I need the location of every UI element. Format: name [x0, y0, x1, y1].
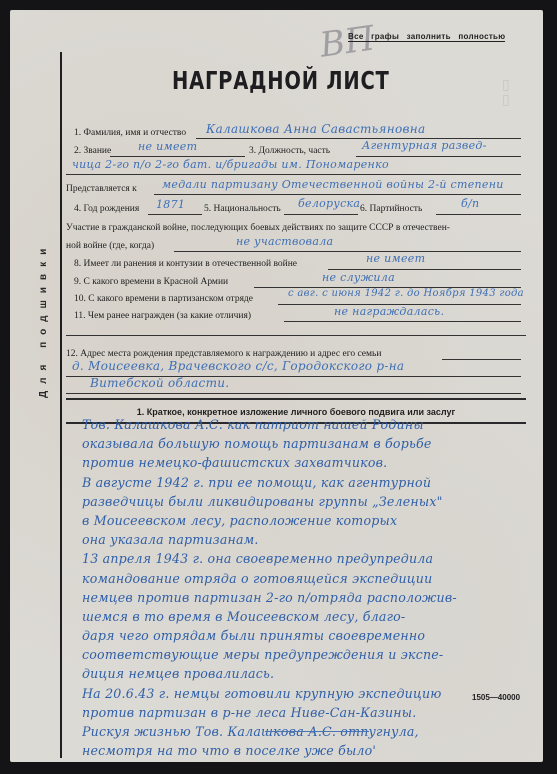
narrative-line: На 20.6.43 г. немцы готовили крупную экс… — [82, 684, 537, 703]
field-label: 8. Имеет ли ранения и контузии в отечест… — [74, 259, 297, 269]
narrative-line: 13 апреля 1943 г. она своевременно преду… — [82, 549, 537, 568]
field-value-rank: не имеет — [138, 140, 197, 153]
field-value: не имеет — [366, 252, 425, 265]
field-wounds: 8. Имеет ли ранения и контузии в отечест… — [66, 255, 526, 271]
field-prior-awards: 11. Чем ранее награжден (за какие отличи… — [66, 307, 526, 323]
binding-label: Для подшивки — [38, 200, 52, 440]
field-position-continued: чица 2-го п/о 2-го бат. и/бригады им. По… — [66, 160, 526, 176]
print-run-code: 1505—40000 — [472, 693, 520, 702]
field-label: 12. Адрес места рождения представляемого… — [66, 349, 381, 359]
narrative-line: В августе 1942 г. при ее помощи, как аге… — [82, 473, 537, 492]
field-label: 1. Фамилия, имя и отчество — [74, 128, 186, 138]
field-value-position: Агентурная развед- — [362, 139, 487, 152]
narrative-line: диция немцев провалилась. — [82, 664, 537, 683]
narrative-line: в Моисеевском лесу, расположение которых — [82, 511, 537, 530]
field-value: не служила — [322, 271, 395, 284]
field-value: медали партизану Отечественной войны 2-й… — [162, 178, 504, 191]
field-label: 9. С какого времени в Красной Армии — [74, 277, 228, 287]
narrative-line: немцев против партизан 2-го п/отряда рас… — [82, 588, 537, 607]
narrative-line: командование отряда о готовящейся экспед… — [82, 569, 537, 588]
narrative-line: несмотря на то что в поселке уже было' — [82, 741, 537, 760]
award-sheet: Для подшивки ВП Все графы заполнить полн… — [10, 10, 543, 762]
narrative-line: оказывала большую помощь партизанам в бо… — [82, 434, 537, 453]
narrative-line: шемся в то время в Моисеевском лесу, бла… — [82, 607, 537, 626]
document-title: НАГРАДНОЙ ЛИСТ — [172, 66, 390, 95]
merit-narrative: Тов. Калашкова А.С. как патриот нашей Ро… — [82, 415, 537, 760]
field-red-army-since: 9. С какого времени в Красной Армии не с… — [66, 273, 526, 289]
handwritten-stamp-mark: ВП — [317, 18, 377, 65]
field-value: не участвовала — [236, 235, 333, 248]
narrative-line: она указала партизанам. — [82, 530, 537, 549]
field-label: 10. С какого времени в партизанском отря… — [74, 294, 253, 304]
field-war-participation: ной войне (где, когда) не участвовала — [66, 237, 526, 253]
field-label: Представляется к — [66, 184, 137, 194]
binding-margin-line — [60, 52, 62, 758]
narrative-line: против немецко-фашистских захватчиков. — [82, 453, 537, 472]
field-value: с авг. с июня 1942 г. до Ноября 1943 год… — [288, 288, 524, 299]
field-address-line2: Витебской области. — [66, 379, 526, 395]
field-label-rank: 2. Звание — [74, 146, 111, 156]
field-label: Участие в гражданской войне, последующих… — [66, 223, 450, 233]
field-birth-nationality-party: 4. Год рождения 1871 5. Национальность б… — [66, 200, 526, 216]
narrative-line: против партизан в р-не леса Ниве-Сан-Каз… — [82, 703, 537, 722]
field-full-name: 1. Фамилия, имя и отчество Калашкова Анн… — [66, 124, 526, 140]
field-war-participation-label: Участие в гражданской войне, последующих… — [66, 219, 526, 235]
fill-all-instruction: Все графы заполнить полностью — [348, 32, 505, 42]
field-label-nationality: 5. Национальность — [204, 204, 281, 214]
field-value: чица 2-го п/о 2-го бат. и/бригады им. По… — [72, 158, 389, 171]
field-partisan-since: 10. С какого времени в партизанском отря… — [66, 290, 526, 306]
closing-underline — [265, 731, 369, 732]
field-value: д. Моисеевка, Врачевского с/с, Городокск… — [72, 359, 404, 373]
field-rank-position: 2. Звание не имеет 3. Должность, часть А… — [66, 142, 526, 158]
field-value-birth-year: 1871 — [156, 198, 185, 211]
narrative-line: Тов. Калашкова А.С. как патриот нашей Ро… — [82, 415, 537, 434]
field-label-position: 3. Должность, часть — [249, 146, 330, 156]
field-value-nationality: белоруска — [298, 197, 360, 210]
field-label: 11. Чем ранее награжден (за какие отличи… — [74, 311, 251, 321]
field-label-birth-year: 4. Год рождения — [74, 204, 139, 214]
narrative-line: даря чего отрядам были приняты своевреме… — [82, 626, 537, 645]
faint-pencil-mark: ▯▯ — [502, 78, 510, 108]
field-value-party: б/п — [461, 197, 479, 210]
field-presented-for: Представляется к медали партизану Отечес… — [66, 180, 526, 196]
field-value: Витебской области. — [90, 376, 229, 390]
field-value: Калашкова Анна Савастьяновна — [206, 122, 425, 136]
field-label: ной войне (где, когда) — [66, 241, 154, 251]
field-value: не награждалась. — [334, 305, 444, 318]
field-label-party: 6. Партийность — [360, 204, 422, 214]
narrative-line: разведчицы были ликвидированы группы „Зе… — [82, 492, 537, 511]
narrative-line: соответствующие меры предупреждения и эк… — [82, 645, 537, 664]
